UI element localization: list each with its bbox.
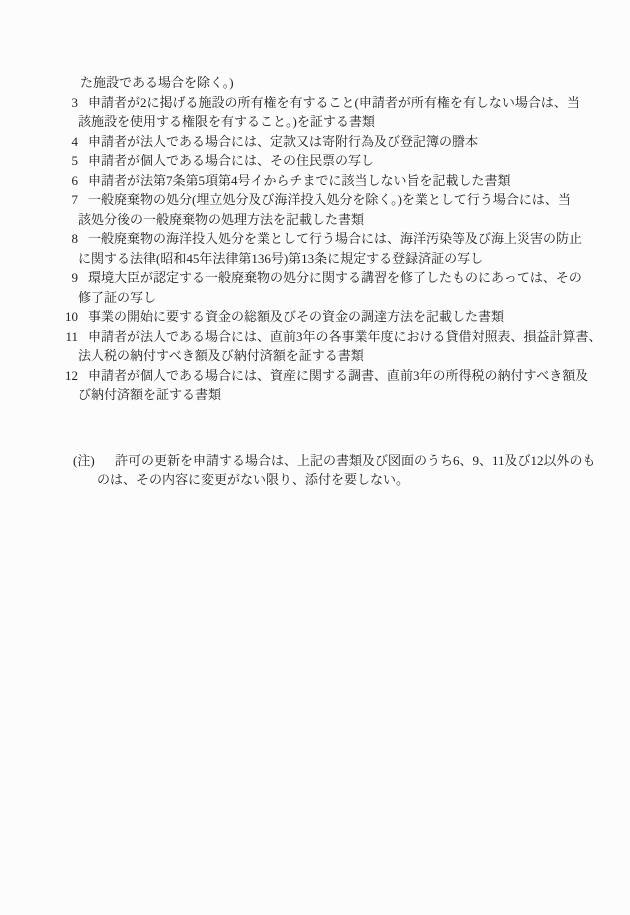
item-first-line: 8一般廃棄物の海洋投入処分を業として行う場合には、海洋汚染等及び海上災害の防止 [60,229,580,249]
list-item: 12申請者が個人である場合には、資産に関する調書、直前3年の所得税の納付すべき額… [60,366,580,405]
item-first-line: 4申請者が法人である場合には、定款又は寄附行為及び登記簿の謄本 [60,132,580,152]
item-text: 申請者が2に掲げる施設の所有権を有すること(申請者が所有権を有しない場合は、当 [88,95,580,110]
list-item: 7一般廃棄物の処分(埋立処分及び海洋投入処分を除く。)を業として行う場合には、当… [60,190,580,229]
item-number: 8 [60,229,78,249]
item-text: 申請者が法人である場合には、定款又は寄附行為及び登記簿の謄本 [88,134,478,149]
note-block: (注)許可の更新を申請する場合は、上記の書類及び図面のうち6、9、11及び12以… [73,451,580,490]
item-text: 申請者が個人である場合には、資産に関する調書、直前3年の所得税の納付すべき額及 [88,368,588,383]
list-item: 9環境大臣が認定する一般廃棄物の処分に関する講習を修了したものにあっては、その … [60,268,580,307]
item-text: 申請者が法第7条第5項第4号イからチまでに該当しない旨を記載した書類 [88,173,511,188]
item-wrap-line: び納付済額を証する書類 [60,385,580,405]
item-first-line: 11申請者が法人である場合には、直前3年の各事業年度における貸借対照表、損益計算… [60,327,580,347]
item-number: 4 [60,132,78,152]
note-first-line: (注)許可の更新を申請する場合は、上記の書類及び図面のうち6、9、11及び12以… [73,451,580,471]
note-label: (注) [73,451,103,471]
list-item: 5申請者が個人である場合には、その住民票の写し [60,151,580,171]
item-first-line: 10事業の開始に要する資金の総額及びその資金の調達方法を記載した書類 [60,307,580,327]
list-item: 6申請者が法第7条第5項第4号イからチまでに該当しない旨を記載した書類 [60,171,580,191]
item-first-line: 6申請者が法第7条第5項第4号イからチまでに該当しない旨を記載した書類 [60,171,580,191]
item-text: 事業の開始に要する資金の総額及びその資金の調達方法を記載した書類 [88,309,504,324]
item-wrap-line: に関する法律(昭和45年法律第136号)第13条に規定する登録済証の写し [60,249,580,269]
list-item: 4申請者が法人である場合には、定款又は寄附行為及び登記簿の謄本 [60,132,580,152]
item-first-line: 7一般廃棄物の処分(埋立処分及び海洋投入処分を除く。)を業として行う場合には、当 [60,190,580,210]
item-first-line: 3申請者が2に掲げる施設の所有権を有すること(申請者が所有権を有しない場合は、当 [60,93,580,113]
item-number: 9 [60,268,78,288]
note-wrap-line: のは、その内容に変更がない限り、添付を要しない。 [73,470,580,490]
note-text: 許可の更新を申請する場合は、上記の書類及び図面のうち6、9、11及び12以外のも [115,453,596,468]
item-text: 申請者が法人である場合には、直前3年の各事業年度における貸借対照表、損益計算書、 [88,329,602,344]
item-text: 環境大臣が認定する一般廃棄物の処分に関する講習を修了したものにあっては、その [88,270,582,285]
list-item: 10事業の開始に要する資金の総額及びその資金の調達方法を記載した書類 [60,307,580,327]
list-item: 3申請者が2に掲げる施設の所有権を有すること(申請者が所有権を有しない場合は、当… [60,93,580,132]
list-item: 11申請者が法人である場合には、直前3年の各事業年度における貸借対照表、損益計算… [60,327,580,366]
document-page: た施設である場合を除く。) 3申請者が2に掲げる施設の所有権を有すること(申請者… [0,0,630,915]
item-text: 申請者が個人である場合には、その住民票の写し [88,153,374,168]
item-wrap-line: 該施設を使用する権限を有すること。)を証する書類 [60,112,580,132]
item-wrap-line: 法人税の納付すべき額及び納付済額を証する書類 [60,346,580,366]
item-first-line: 9環境大臣が認定する一般廃棄物の処分に関する講習を修了したものにあっては、その [60,268,580,288]
item-first-line: 5申請者が個人である場合には、その住民票の写し [60,151,580,171]
item-wrap-line: 修了証の写し [60,288,580,308]
item-number: 7 [60,190,78,210]
item-first-line: 12申請者が個人である場合には、資産に関する調書、直前3年の所得税の納付すべき額… [60,366,580,386]
item-number: 12 [60,366,78,386]
item-number: 10 [60,307,78,327]
continuation-line: た施設である場合を除く。) [60,73,580,93]
document-body: た施設である場合を除く。) 3申請者が2に掲げる施設の所有権を有すること(申請者… [60,73,580,490]
item-number: 5 [60,151,78,171]
item-number: 3 [60,93,78,113]
list-item: 8一般廃棄物の海洋投入処分を業として行う場合には、海洋汚染等及び海上災害の防止 … [60,229,580,268]
item-text: 一般廃棄物の海洋投入処分を業として行う場合には、海洋汚染等及び海上災害の防止 [88,231,582,246]
item-text: 一般廃棄物の処分(埋立処分及び海洋投入処分を除く。)を業として行う場合には、当 [88,192,571,207]
item-number: 11 [60,327,78,347]
item-wrap-line: 該処分後の一般廃棄物の処理方法を記載した書類 [60,210,580,230]
item-number: 6 [60,171,78,191]
